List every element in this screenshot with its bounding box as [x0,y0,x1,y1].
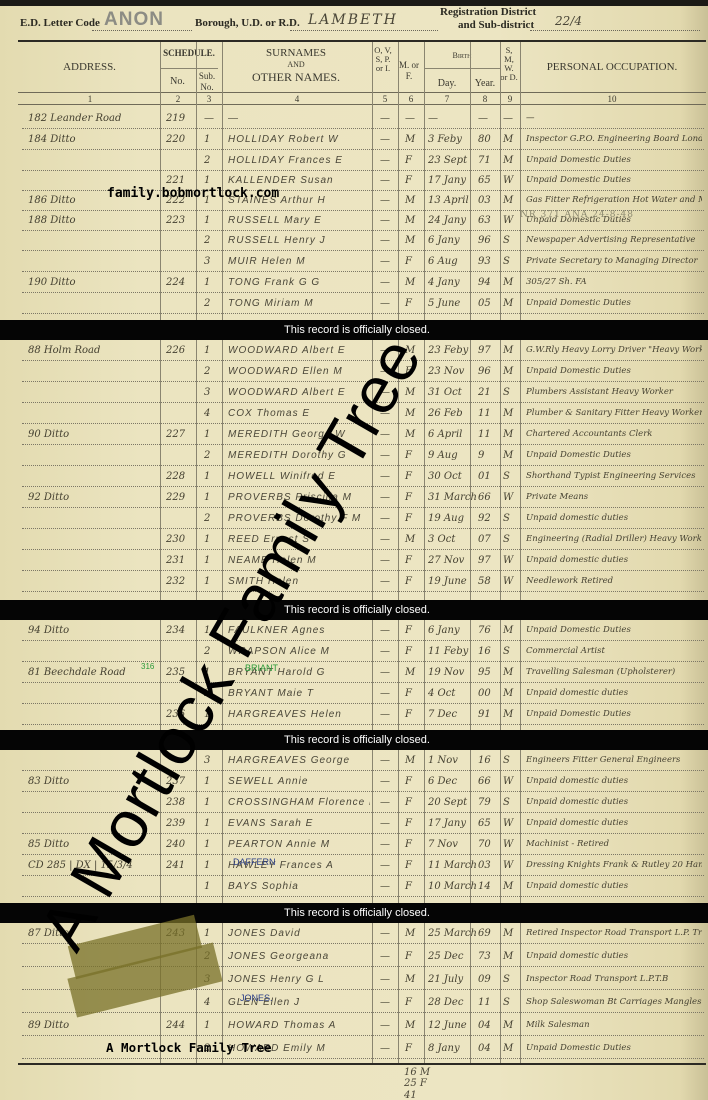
marital-cell: — [503,113,513,124]
occupation-cell: Unpaid Domestic Duties [526,366,702,376]
ovspi-cell: — [380,471,390,482]
birth-year-cell: 09 [478,974,491,985]
marital-cell: M [503,928,513,939]
schedule-sub-cell: 1 [204,471,210,482]
name-cell: WOODWARD Ellen M [228,366,343,377]
sex-cell: F [405,776,412,787]
marital-cell: M [503,277,513,288]
ovspi-cell: — [380,277,390,288]
occupation-cell: Unpaid domestic duties [526,881,702,891]
schedule-sub-cell: 1 [204,881,210,892]
name-cell: HOWARD Thomas A [228,1020,336,1031]
name-cell: RUSSELL Henry J [228,235,326,246]
ovspi-cell: — [380,555,390,566]
birth-day-cell: 3 Feby [428,134,462,145]
ovspi-cell: — [380,625,390,636]
census-page: E.D. Letter Code ANON Borough, U.D. or R… [0,0,708,1100]
schedule-sub-cell: 1 [204,345,210,356]
schedule-no-cell: 241 [166,860,185,871]
name-cell: PEARTON Annie M [228,839,330,850]
marital-cell: W [503,839,513,850]
marital-cell: S [503,235,510,246]
occupation-cell: Inspector Road Transport L.P.T.B [526,974,702,984]
birth-year-cell: 70 [478,839,491,850]
registration-district-value: 22/4 [555,14,582,28]
ovspi-cell: — [380,134,390,145]
occupation-cell: Unpaid Domestic Duties [526,298,702,308]
row-rule [22,313,704,314]
name-cell: HOLLIDAY Robert W [228,134,339,145]
address-cell: 88 Holm Road [28,345,100,356]
ovspi-cell: — [380,776,390,787]
row-rule [22,640,704,641]
birth-year-cell: 11 [478,429,491,440]
marital-cell: M [503,881,513,892]
col-sex: M. or F. [398,60,420,82]
occupation-cell: Plumbers Assistant Heavy Worker [526,387,702,397]
sex-cell: F [405,709,412,720]
sex-cell: F [405,881,412,892]
birth-year-cell: 96 [478,366,491,377]
sex-cell: F [405,625,412,636]
ovspi-cell: — [380,755,390,766]
row-rule [22,292,704,293]
column-number: 5 [375,94,395,105]
schedule-sub-cell: 2 [204,366,210,377]
row-rule [22,682,704,683]
name-cell: BAYS Sophia [228,881,299,892]
schedule-sub-cell: — [204,113,214,124]
sex-cell: F [405,646,412,657]
occupation-cell: Commercial Artist [526,646,702,656]
ovspi-cell: — [380,576,390,587]
occupation-cell: Plumber & Sanitary Fitter Heavy Worker [526,408,702,418]
marital-cell: S [503,797,510,808]
birth-year-cell: 76 [478,625,491,636]
birth-day-cell: 25 Dec [428,951,463,962]
occupation-cell: Private Secretary to Managing Director [526,256,702,266]
sex-cell: F [405,818,412,829]
schedule-sub-cell: 2 [204,235,210,246]
occupation-cell: Unpaid domestic duties [526,951,702,961]
column-number: 8 [475,94,495,105]
birth-day-cell: 27 Nov [428,555,464,566]
row-rule [22,271,704,272]
sex-cell: F [405,1043,412,1054]
name-cell: HARGREAVES George [228,755,350,766]
occupation-cell: Unpaid domestic duties [526,688,702,698]
sex-cell: M [405,928,415,939]
birth-day-cell: 25 March [428,928,477,939]
name-cell: WOODWARD Albert E [228,345,346,356]
birth-day-cell: 19 June [428,576,467,587]
marital-cell: S [503,997,510,1008]
schedule-no-cell: 226 [166,345,185,356]
birth-year-cell: 04 [478,1020,491,1031]
column-number: 1 [80,94,100,105]
schedule-no-cell: 224 [166,277,185,288]
marital-cell: S [503,974,510,985]
row-rule [22,128,704,129]
occupation-cell: Unpaid domestic duties [526,776,702,786]
row-rule [22,507,704,508]
closed-record-banner: This record is officially closed. [0,320,708,340]
marital-cell: M [503,429,513,440]
column-number: 3 [199,94,219,105]
schedule-sub-cell: 2 [204,155,210,166]
occupation-cell: Unpaid Domestic Duties [526,175,702,185]
birth-day-cell: 21 July [428,974,463,985]
marital-cell: S [503,534,510,545]
schedule-no-cell: 231 [166,555,185,566]
sex-cell: F [405,450,412,461]
schedule-no-cell: 234 [166,625,185,636]
birth-day-cell: 9 Aug [428,450,458,461]
address-cell: 92 Ditto [28,492,69,503]
sex-cell: M [405,667,415,678]
birth-day-cell: 20 Sept [428,797,467,808]
address-cell: 90 Ditto [28,429,69,440]
birth-year-cell: 03 [478,195,491,206]
birth-year-cell: 97 [478,555,491,566]
birth-year-cell: 95 [478,667,491,678]
marital-cell: S [503,256,510,267]
marital-cell: S [503,755,510,766]
sex-cell: F [405,513,412,524]
birth-day-cell: 23 Nov [428,366,464,377]
marital-cell: M [503,667,513,678]
annotation-jones: JONES. [240,993,273,1003]
birth-day-cell: 1 Nov [428,755,458,766]
birth-year-cell: — [478,113,488,124]
marital-cell: M [503,709,513,720]
schedule-sub-cell: 1 [204,776,210,787]
sex-cell: M [405,429,415,440]
marital-cell: W [503,576,513,587]
marital-cell: M [503,1043,513,1054]
schedule-sub-cell: 1 [204,134,210,145]
schedule-sub-cell: 1 [204,818,210,829]
birth-year-cell: 58 [478,576,491,587]
schedule-sub-cell: 1 [204,839,210,850]
birth-year-cell: 03 [478,860,491,871]
ovspi-cell: — [380,839,390,850]
birth-year-cell: 9 [478,450,484,461]
marital-cell: W [503,175,513,186]
table-bottom-rule [18,1063,706,1065]
occupation-cell: Unpaid domestic duties [526,818,702,828]
ovspi-cell: — [380,709,390,720]
occupation-cell: Engineers Fitter General Engineers [526,755,702,765]
col-schedule-sub-no: Sub. No. [196,71,218,93]
birth-year-cell: 80 [478,134,491,145]
birth-year-cell: 14 [478,881,491,892]
closed-record-banner: This record is officially closed. [0,600,708,620]
sex-cell: — [405,113,415,124]
col-schedule: SCHEDULE. [160,48,218,59]
schedule-sub-cell: 1 [204,860,210,871]
birth-day-cell: 28 Dec [428,997,463,1008]
birth-year-cell: 11 [478,408,491,419]
birth-year-cell: 69 [478,928,491,939]
tally-total: 41 [404,1090,417,1100]
ovspi-cell: — [380,860,390,871]
schedule-sub-cell: 1 [204,928,210,939]
occupation-cell: Chartered Accountants Clerk [526,429,702,439]
sex-cell: M [405,534,415,545]
address-cell: 182 Leander Road [28,113,121,124]
birth-year-cell: 65 [478,818,491,829]
occupation-cell: Milk Salesman [526,1020,702,1030]
schedule-sub-cell: 4 [204,408,210,419]
ovspi-cell: — [380,534,390,545]
name-cell: WOODWARD Albert E [228,387,346,398]
occupation-cell: 305/27 Sh. FA [526,277,702,287]
row-rule [22,570,704,571]
schedule-sub-cell: 1 [204,576,210,587]
sex-cell: F [405,860,412,871]
marital-cell: W [503,860,513,871]
name-cell: TONG Miriam M [228,298,314,309]
schedule-no-cell: 228 [166,471,185,482]
birth-day-cell: 26 Feb [428,408,463,419]
tally-males: 16 M [404,1067,430,1078]
row-rule [22,703,704,704]
birth-day-cell: 6 Dec [428,776,457,787]
ed-code-value: ANON [104,9,164,31]
column-number: 4 [287,94,307,105]
sex-cell: F [405,951,412,962]
birth-day-cell: 23 Sept [428,155,467,166]
register-header: E.D. Letter Code ANON Borough, U.D. or R… [0,0,708,40]
birth-year-cell: 21 [478,387,491,398]
col-birth: Birth [424,50,500,61]
borough-value: LAMBETH [308,12,398,28]
birth-year-cell: 01 [478,471,491,482]
ovspi-cell: — [380,797,390,808]
schedule-sub-cell: 2 [204,513,210,524]
schedule-no-cell: 240 [166,839,185,850]
birth-day-cell: 19 Aug [428,513,464,524]
sex-cell: F [405,839,412,850]
col-marital: S, M, W. or D. [500,46,518,82]
sex-cell: F [405,797,412,808]
marital-cell: S [503,646,510,657]
registration-district-label: Registration District [440,6,536,18]
birth-day-cell: 4 Oct [428,688,455,699]
col-ovspi: O, V, S, P. or I. [372,46,394,73]
sub-district-label: and Sub-district [458,19,534,31]
marital-cell: W [503,492,513,503]
col-birth-day: Day. [424,78,470,89]
birth-year-cell: 94 [478,277,491,288]
name-cell: TONG Frank G G [228,277,320,288]
occupation-cell: Unpaid Domestic Duties [526,625,702,635]
row-rule [22,591,704,592]
sex-cell: M [405,974,415,985]
footer-watermark: A Mortlock Family Tree [106,1040,272,1055]
ovspi-cell: — [380,928,390,939]
row-rule [22,170,704,171]
ovspi-cell: — [380,492,390,503]
birth-day-cell: 31 March [428,492,477,503]
schedule-sub-cell: 1 [204,492,210,503]
birth-day-cell: 11 March [428,860,477,871]
occupation-cell: Travelling Salesman (Upholsterer) [526,667,702,677]
birth-day-cell: 31 Oct [428,387,462,398]
sex-cell: M [405,195,415,206]
occupation-cell: Private Means [526,492,702,502]
birth-day-cell: — [428,113,438,124]
sex-cell: F [405,997,412,1008]
sex-cell: M [405,1020,415,1031]
birth-day-cell: 7 Nov [428,839,458,850]
row-rule [22,1035,704,1036]
schedule-rule [160,68,218,69]
schedule-sub-cell: 3 [204,256,210,267]
row-rule [22,1012,704,1013]
address-cell: 94 Ditto [28,625,69,636]
ovspi-cell: — [380,646,390,657]
schedule-no-cell: 223 [166,215,185,226]
name-cell: CROSSINGHAM Florence M [228,797,370,808]
schedule-sub-cell: 1 [204,277,210,288]
address-cell: 85 Ditto [28,839,69,850]
occupation-cell: Unpaid domestic duties [526,555,702,565]
marital-cell: W [503,818,513,829]
name-cell: MUIR Helen M [228,256,306,267]
occupation-cell: G.W.Rly Heavy Lorry Driver "Heavy Worker… [526,345,702,355]
row-rule [22,528,704,529]
col-occupation: PERSONAL OCCUPATION. [520,62,704,73]
col-surnames: SURNAMES AND OTHER NAMES. [222,48,370,83]
marital-cell: M [503,134,513,145]
birth-day-cell: 30 Oct [428,471,462,482]
annotation-daffern: DAFFERN [233,857,276,867]
sex-cell: M [405,134,415,145]
marital-cell: M [503,195,513,206]
row-rule [22,230,704,231]
marital-cell: W [503,555,513,566]
occupation-cell: Shorthand Typist Engineering Services [526,471,702,481]
birth-rule [424,68,500,69]
birth-year-cell: 04 [478,1043,491,1054]
column-number: 2 [168,94,188,105]
schedule-no-cell: 229 [166,492,185,503]
birth-year-cell: 65 [478,175,491,186]
marital-cell: M [503,688,513,699]
address-cell: 190 Ditto [28,277,76,288]
birth-year-cell: 16 [478,755,491,766]
sex-cell: F [405,155,412,166]
birth-day-cell: 7 Dec [428,709,457,720]
name-cell: COX Thomas E [228,408,310,419]
sex-cell: F [405,492,412,503]
row-rule [22,549,704,550]
sex-cell: M [405,235,415,246]
marital-cell: M [503,155,513,166]
schedule-sub-cell: 1 [204,555,210,566]
birth-day-cell: 6 Jany [428,625,460,636]
row-rule [22,250,704,251]
ovspi-cell: — [380,881,390,892]
occupation-cell: Retired Inspector Road Transport L.P. Tr… [526,928,702,938]
schedule-no-cell: 219 [166,113,185,124]
birth-year-cell: 91 [478,709,491,720]
name-cell: — [228,113,239,124]
birth-day-cell: 6 April [428,429,462,440]
header-rule [18,40,706,42]
name-cell: EVANS Sarah E [228,818,313,829]
address-cell: 184 Ditto [28,134,76,145]
marital-cell: M [503,1020,513,1031]
occupation-cell: Unpaid Domestic Duties [526,1043,702,1053]
name-cell: HOLLIDAY Frances E [228,155,343,166]
schedule-no-cell: 244 [166,1020,185,1031]
occupation-cell: Unpaid Domestic Duties [526,450,702,460]
ovspi-cell: — [380,155,390,166]
occupation-cell: Inspector G.P.O. Engineering Board Londo… [526,134,702,144]
ed-label: E.D. Letter Code [20,17,100,29]
schedule-sub-cell: 1 [204,1020,210,1031]
col-address: ADDRESS. [22,62,157,73]
schedule-no-cell: 227 [166,429,185,440]
marital-cell: W [503,776,513,787]
schedule-sub-cell: 2 [204,450,210,461]
occupation-cell: Newspaper Advertising Representative [526,235,702,245]
ovspi-cell: — [380,688,390,699]
marital-cell: M [503,298,513,309]
column-number: 9 [500,94,520,105]
schedule-sub-cell: 2 [204,298,210,309]
occupation-cell: Unpaid domestic duties [526,513,702,523]
birth-year-cell: 00 [478,688,491,699]
birth-day-cell: 10 March [428,881,477,892]
borough-label: Borough, U.D. or R.D. [195,17,300,29]
schedule-sub-cell: 1 [204,429,210,440]
occupation-cell: Unpaid Domestic Duties [526,155,702,165]
birth-year-cell: 16 [478,646,491,657]
schedule-sub-cell: 3 [204,387,210,398]
occupation-cell: Shop Saleswoman Bt Carriages Mangles & M… [526,997,702,1007]
occupation-cell: Needlework Retired [526,576,702,586]
birth-day-cell: 17 Jany [428,175,466,186]
birth-year-cell: 07 [478,534,491,545]
marital-cell: M [503,366,513,377]
annotation-316: 316 [141,662,154,671]
ovspi-cell: — [380,215,390,226]
schedule-no-cell: 220 [166,134,185,145]
birth-year-cell: 71 [478,155,491,166]
ovspi-cell: — [380,818,390,829]
ovspi-cell: — [380,235,390,246]
sex-cell: M [405,215,415,226]
marital-cell: M [503,408,513,419]
birth-day-cell: 19 Nov [428,667,464,678]
address-cell: 83 Ditto [28,776,69,787]
address-cell: 81 Beechdale Road [28,667,126,678]
birth-year-cell: 11 [478,997,491,1008]
schedule-sub-cell: 1 [204,797,210,808]
schedule-sub-cell: 1 [204,534,210,545]
column-number: 6 [401,94,421,105]
ovspi-cell: — [380,1043,390,1054]
name-cell: KALLENDER Susan [228,175,334,186]
sex-cell: F [405,555,412,566]
marital-cell: M [503,951,513,962]
birth-day-cell: 12 June [428,1020,467,1031]
annotation-staines: NR 371 ANA 24-8-48 [520,210,634,220]
